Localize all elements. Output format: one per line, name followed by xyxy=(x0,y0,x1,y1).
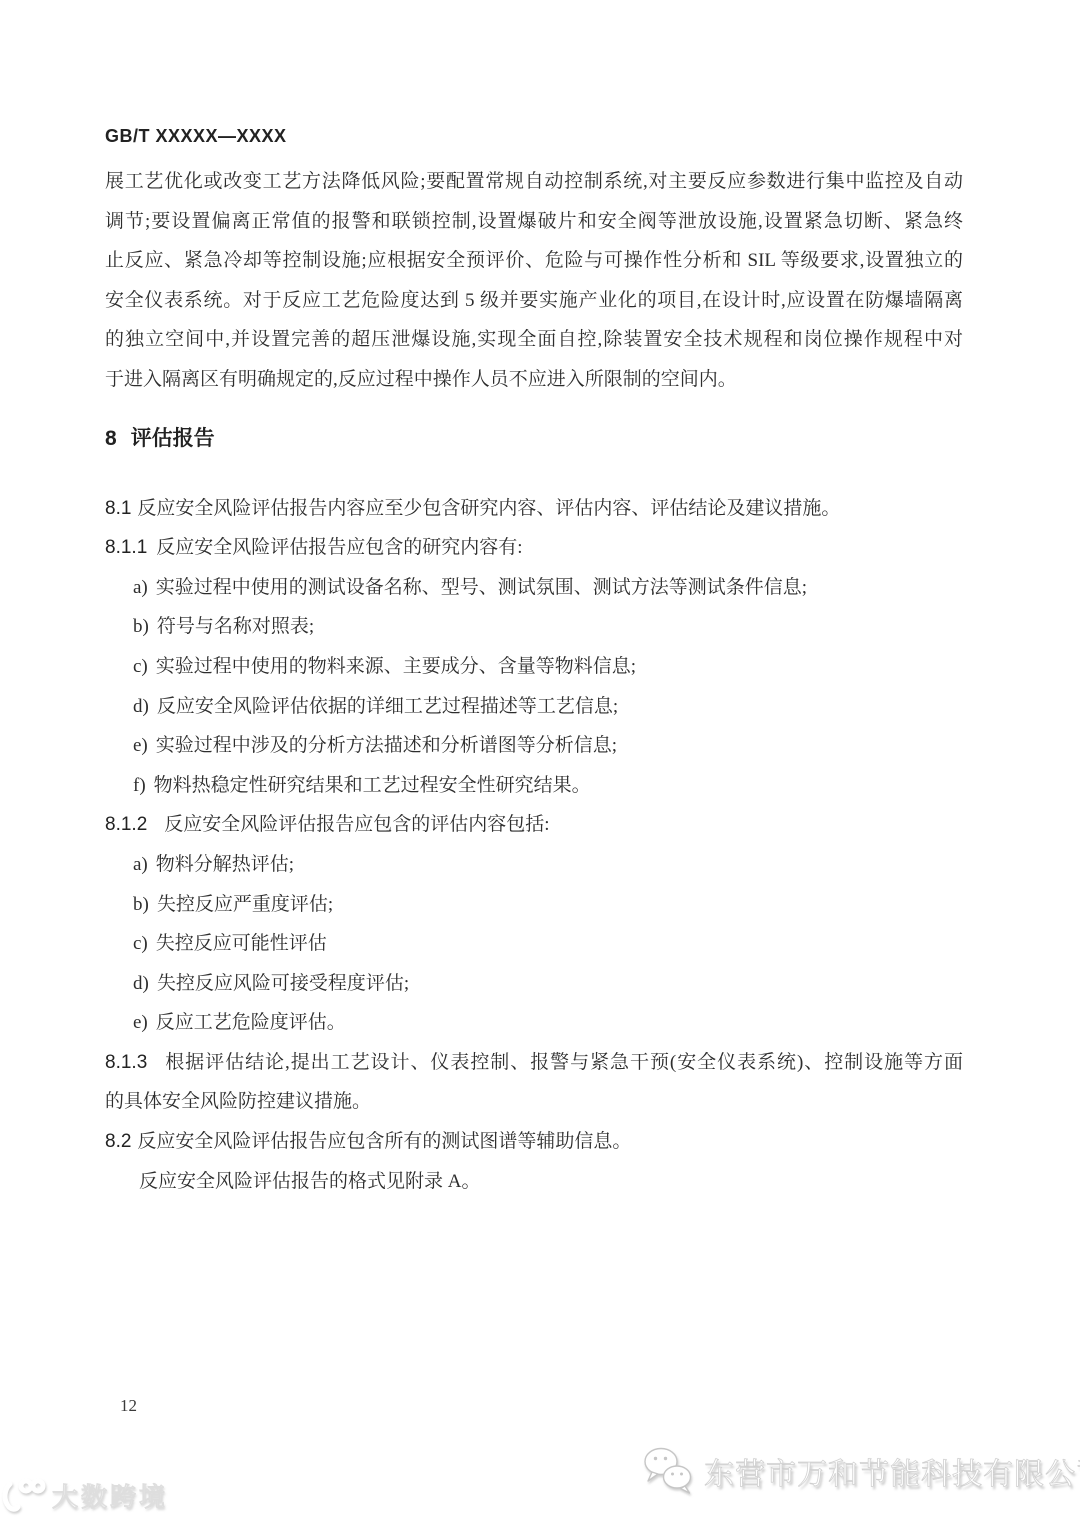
assessment-items-list: a)物料分解热评估; b)失控反应严重度评估; c)失控反应可能性评估 d)失控… xyxy=(105,845,963,1043)
section-number: 8 xyxy=(105,427,117,450)
clause-text: 反应安全风险评估报告应包含的研究内容有: xyxy=(156,537,522,558)
company-watermark-text: 东营市万和节能科技有限公司 xyxy=(704,1449,1080,1493)
clause-number: 8.2 xyxy=(105,1131,131,1152)
list-item: c)实验过程中使用的物料来源、主要成分、含量等物料信息; xyxy=(105,647,963,687)
list-item: c)失控反应可能性评估 xyxy=(105,924,963,964)
item-text: 反应安全风险评估依据的详细工艺过程描述等工艺信息; xyxy=(157,696,618,717)
research-items-list: a)实验过程中使用的测试设备名称、型号、测试氛围、测试方法等测试条件信息; b)… xyxy=(105,568,963,806)
item-label: a) xyxy=(133,577,148,598)
list-item: d)失控反应风险可接受程度评估; xyxy=(105,964,963,1004)
item-text: 实验过程中涉及的分析方法描述和分析谱图等分析信息; xyxy=(156,735,617,756)
wechat-icon xyxy=(642,1446,694,1496)
item-text: 实验过程中使用的物料来源、主要成分、含量等物料信息; xyxy=(156,656,636,677)
item-label: d) xyxy=(133,973,149,994)
intro-paragraph: 展工艺优化或改变工艺方法降低风险;要配置常规自动控制系统,对主要反应参数进行集中… xyxy=(105,162,963,400)
item-text: 失控反应严重度评估; xyxy=(157,894,333,915)
item-label: a) xyxy=(133,854,148,875)
item-label: c) xyxy=(133,933,148,954)
clause-number: 8.1.2 xyxy=(105,814,147,835)
list-item: a)实验过程中使用的测试设备名称、型号、测试氛围、测试方法等测试条件信息; xyxy=(105,568,963,608)
document-body: 展工艺优化或改变工艺方法降低风险;要配置常规自动控制系统,对主要反应参数进行集中… xyxy=(105,162,963,1201)
intro-line: 的独立空间中,并设置完善的超压泄爆设施,实现全面自控,除装置安全技术规程和岗位操… xyxy=(105,320,963,360)
clause-text: 根据评估结论,提出工艺设计、仪表控制、报警与紧急干预(安全仪表系统)、控制设施等… xyxy=(164,1052,963,1073)
item-text: 失控反应可能性评估 xyxy=(156,933,327,954)
page-number: 12 xyxy=(120,1396,137,1416)
dashu-logo-icon xyxy=(0,1474,46,1516)
item-text: 实验过程中使用的测试设备名称、型号、测试氛围、测试方法等测试条件信息; xyxy=(156,577,807,598)
item-label: d) xyxy=(133,696,149,717)
item-text: 反应工艺危险度评估。 xyxy=(156,1012,346,1033)
clause-8-1: 8.1反应安全风险评估报告内容应至少包含研究内容、评估内容、评估结论及建议措施。 xyxy=(105,489,963,529)
clause-8-1-3-line-2: 的具体安全风险防控建议措施。 xyxy=(105,1082,963,1122)
list-item: e)实验过程中涉及的分析方法描述和分析谱图等分析信息; xyxy=(105,726,963,766)
item-label: b) xyxy=(133,894,149,915)
item-text: 符号与名称对照表; xyxy=(157,616,314,637)
clause-number: 8.1.1 xyxy=(105,537,147,558)
brand-watermark-text: 大数跨境 xyxy=(52,1477,168,1514)
section-heading: 8评估报告 xyxy=(105,427,963,451)
list-item: e)反应工艺危险度评估。 xyxy=(105,1003,963,1043)
list-item: a)物料分解热评估; xyxy=(105,845,963,885)
intro-line: 调节;要设置偏离正常值的报警和联锁控制,设置爆破片和安全阀等泄放设施,设置紧急切… xyxy=(105,202,963,242)
standard-code-header: GB/T XXXXX—XXXX xyxy=(105,126,287,147)
clause-8-1-3-line-1: 8.1.3根据评估结论,提出工艺设计、仪表控制、报警与紧急干预(安全仪表系统)、… xyxy=(105,1043,963,1083)
item-label: e) xyxy=(133,1012,148,1033)
list-item: b)符号与名称对照表; xyxy=(105,607,963,647)
company-watermark: 东营市万和节能科技有限公司 xyxy=(642,1446,1080,1496)
item-label: e) xyxy=(133,735,148,756)
closing-line: 反应安全风险评估报告的格式见附录 A。 xyxy=(105,1162,963,1202)
clause-text: 反应安全风险评估报告应包含所有的测试图谱等辅助信息。 xyxy=(137,1131,631,1152)
item-text: 失控反应风险可接受程度评估; xyxy=(157,973,409,994)
clause-text: 反应安全风险评估报告应包含的评估内容包括: xyxy=(164,814,549,835)
clause-8-1-2: 8.1.2反应安全风险评估报告应包含的评估内容包括: xyxy=(105,805,963,845)
clause-text: 反应安全风险评估报告内容应至少包含研究内容、评估内容、评估结论及建议措施。 xyxy=(137,498,840,519)
intro-line: 展工艺优化或改变工艺方法降低风险;要配置常规自动控制系统,对主要反应参数进行集中… xyxy=(105,162,963,202)
section-title: 评估报告 xyxy=(131,427,215,450)
item-label: b) xyxy=(133,616,149,637)
clause-number: 8.1 xyxy=(105,498,131,519)
brand-watermark: 大数跨境 xyxy=(0,1474,168,1516)
item-text: 物料分解热评估; xyxy=(156,854,294,875)
clause-number: 8.1.3 xyxy=(105,1052,147,1073)
intro-line: 安全仪表系统。对于反应工艺危险度达到 5 级并要实施产业化的项目,在设计时,应设… xyxy=(105,281,963,321)
list-item: d)反应安全风险评估依据的详细工艺过程描述等工艺信息; xyxy=(105,687,963,727)
list-item: f)物料热稳定性研究结果和工艺过程安全性研究结果。 xyxy=(105,766,963,806)
list-item: b)失控反应严重度评估; xyxy=(105,885,963,925)
intro-line: 止反应、紧急冷却等控制设施;应根据安全预评价、危险与可操作性分析和 SIL 等级… xyxy=(105,241,963,281)
clause-8-2: 8.2反应安全风险评估报告应包含所有的测试图谱等辅助信息。 xyxy=(105,1122,963,1162)
document-page: GB/T XXXXX—XXXX 展工艺优化或改变工艺方法降低风险;要配置常规自动… xyxy=(0,0,1080,1527)
clause-8-1-1: 8.1.1反应安全风险评估报告应包含的研究内容有: xyxy=(105,528,963,568)
intro-line: 于进入隔离区有明确规定的,反应过程中操作人员不应进入所限制的空间内。 xyxy=(105,360,963,400)
item-label: f) xyxy=(133,775,146,796)
item-text: 物料热稳定性研究结果和工艺过程安全性研究结果。 xyxy=(154,775,591,796)
item-label: c) xyxy=(133,656,148,677)
